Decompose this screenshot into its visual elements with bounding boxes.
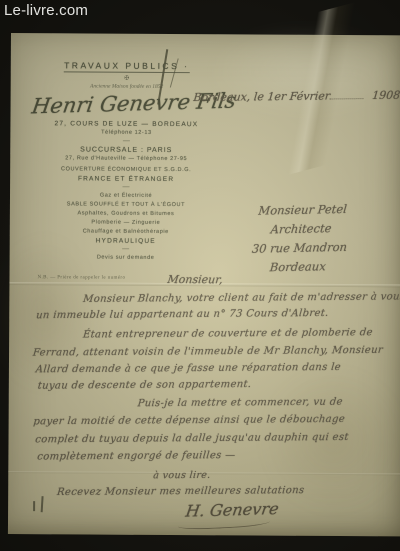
handwriting-line: un immeuble lui appartenant au n° 73 Cou…	[36, 308, 330, 321]
handwriting-line: Monsieur Blanchy, votre client au fait d…	[83, 291, 400, 305]
closing-line: à vous lire.	[153, 470, 211, 481]
handwriting-line: Étant entrepreneur de couverture et de p…	[82, 327, 373, 340]
scanned-letter-photo: Le-livre.com TRAVAUX PUBLICS · ✠ Ancienn…	[0, 0, 400, 551]
handwriting-line: Ferrand, attenant voisin de l'immeuble d…	[32, 345, 383, 359]
handwriting-line: tuyau de descente de son appartement.	[37, 379, 252, 392]
signature: H. Genevre	[184, 499, 280, 521]
handwriting-line: Puis-je la mettre et commencer, vu de	[137, 397, 343, 410]
letter-body: Monsieur Blanchy, votre client au fait d…	[8, 33, 400, 536]
handwriting-line: payer la moitié de cette dépense ainsi q…	[33, 414, 346, 427]
handwriting-line: complètement engorgé de feuilles —	[37, 450, 236, 463]
site-watermark: Le-livre.com	[4, 2, 88, 19]
letter-paper: TRAVAUX PUBLICS · ✠ Ancienne Maison fond…	[8, 33, 400, 536]
handwriting-line: Allard demande à ce que je fasse une rép…	[35, 362, 341, 375]
signature-flourish	[178, 520, 270, 530]
handwriting-line: complet du tuyau depuis la dalle jusqu'a…	[35, 432, 349, 445]
regards-line: Recevez Monsieur mes meilleures salutati…	[56, 485, 304, 498]
